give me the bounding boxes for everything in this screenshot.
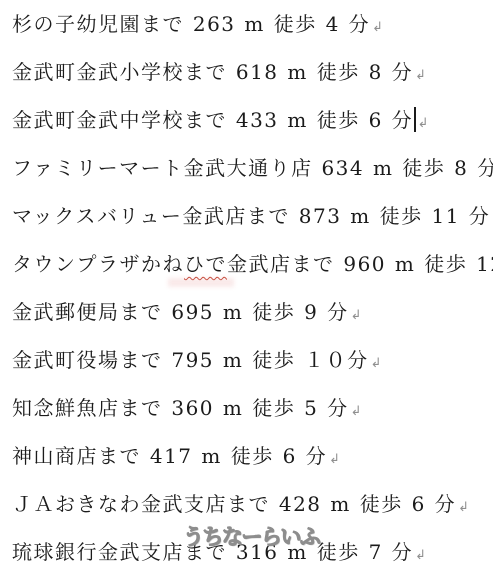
text-segment: 金武町金武中学校まで 433 m 徒歩 6 分 [12, 108, 413, 132]
text-segment: 知念鮮魚店まで 360 m 徒歩 5 分 [12, 396, 349, 420]
document-line[interactable]: 金武町金武小学校まで 618 m 徒歩 8 分↲ [0, 48, 493, 96]
document-line[interactable]: 金武郵便局まで 695 m 徒歩 9 分↲ [0, 288, 493, 336]
misspelled-text: ひで [184, 252, 227, 276]
text-segment: 金武店まで 960 m 徒歩 12 分 [227, 252, 493, 276]
document-line[interactable]: 知念鮮魚店まで 360 m 徒歩 5 分↲ [0, 384, 493, 432]
document-line[interactable]: マックスバリュー金武店まで 873 m 徒歩 11 分↲ [0, 192, 493, 240]
document-line[interactable]: ファミリーマート金武大通り店 634 m 徒歩 8 分↲ [0, 144, 493, 192]
text-cursor [414, 107, 416, 132]
document-line[interactable]: ＪＡおきなわ金武支店まで 428 m 徒歩 6 分↲ [0, 480, 493, 528]
paragraph-mark-icon: ↲ [372, 20, 383, 35]
paragraph-mark-icon: ↲ [351, 404, 362, 419]
document-text-area[interactable]: 杉の子幼児園まで 263 m 徒歩 4 分↲金武町金武小学校まで 618 m 徒… [0, 0, 493, 575]
paragraph-mark-icon: ↲ [458, 500, 469, 515]
paragraph-mark-icon: ↲ [371, 356, 382, 371]
document-line[interactable]: 金武町役場まで 795 m 徒歩 １０分↲ [0, 336, 493, 384]
document-line[interactable]: 神山商店まで 417 m 徒歩 6 分↲ [0, 432, 493, 480]
paragraph-mark-icon: ↲ [415, 68, 426, 83]
paragraph-mark-icon: ↲ [415, 548, 426, 563]
document-page: 杉の子幼児園まで 263 m 徒歩 4 分↲金武町金武小学校まで 618 m 徒… [0, 0, 493, 575]
spellcheck-smudge [168, 278, 234, 287]
document-line[interactable]: タウンプラザかねひで金武店まで 960 m 徒歩 12 分↲ [0, 240, 493, 288]
text-segment: 琉球銀行金武支店まで 316 m 徒歩 7 分 [12, 540, 413, 564]
text-segment: ファミリーマート金武大通り店 634 m 徒歩 8 分 [12, 156, 493, 180]
paragraph-mark-icon: ↲ [329, 452, 340, 467]
text-segment: 神山商店まで 417 m 徒歩 6 分 [12, 444, 327, 468]
text-segment: 金武町役場まで 795 m 徒歩 １０分 [12, 348, 369, 372]
text-segment: ＪＡおきなわ金武支店まで 428 m 徒歩 6 分 [12, 492, 456, 516]
text-segment: マックスバリュー金武店まで 873 m 徒歩 11 分 [12, 204, 490, 228]
text-segment: 金武町金武小学校まで 618 m 徒歩 8 分 [12, 60, 413, 84]
document-line[interactable]: 金武町金武中学校まで 433 m 徒歩 6 分↲ [0, 96, 493, 144]
text-segment: 金武郵便局まで 695 m 徒歩 9 分 [12, 300, 349, 324]
document-line[interactable]: 杉の子幼児園まで 263 m 徒歩 4 分↲ [0, 0, 493, 48]
paragraph-mark-icon: ↲ [418, 116, 429, 131]
paragraph-mark-icon: ↲ [351, 308, 362, 323]
text-segment: タウンプラザかね [12, 252, 184, 276]
text-segment: 杉の子幼児園まで 263 m 徒歩 4 分 [12, 12, 370, 36]
document-line[interactable]: 琉球銀行金武支店まで 316 m 徒歩 7 分↲ [0, 528, 493, 575]
